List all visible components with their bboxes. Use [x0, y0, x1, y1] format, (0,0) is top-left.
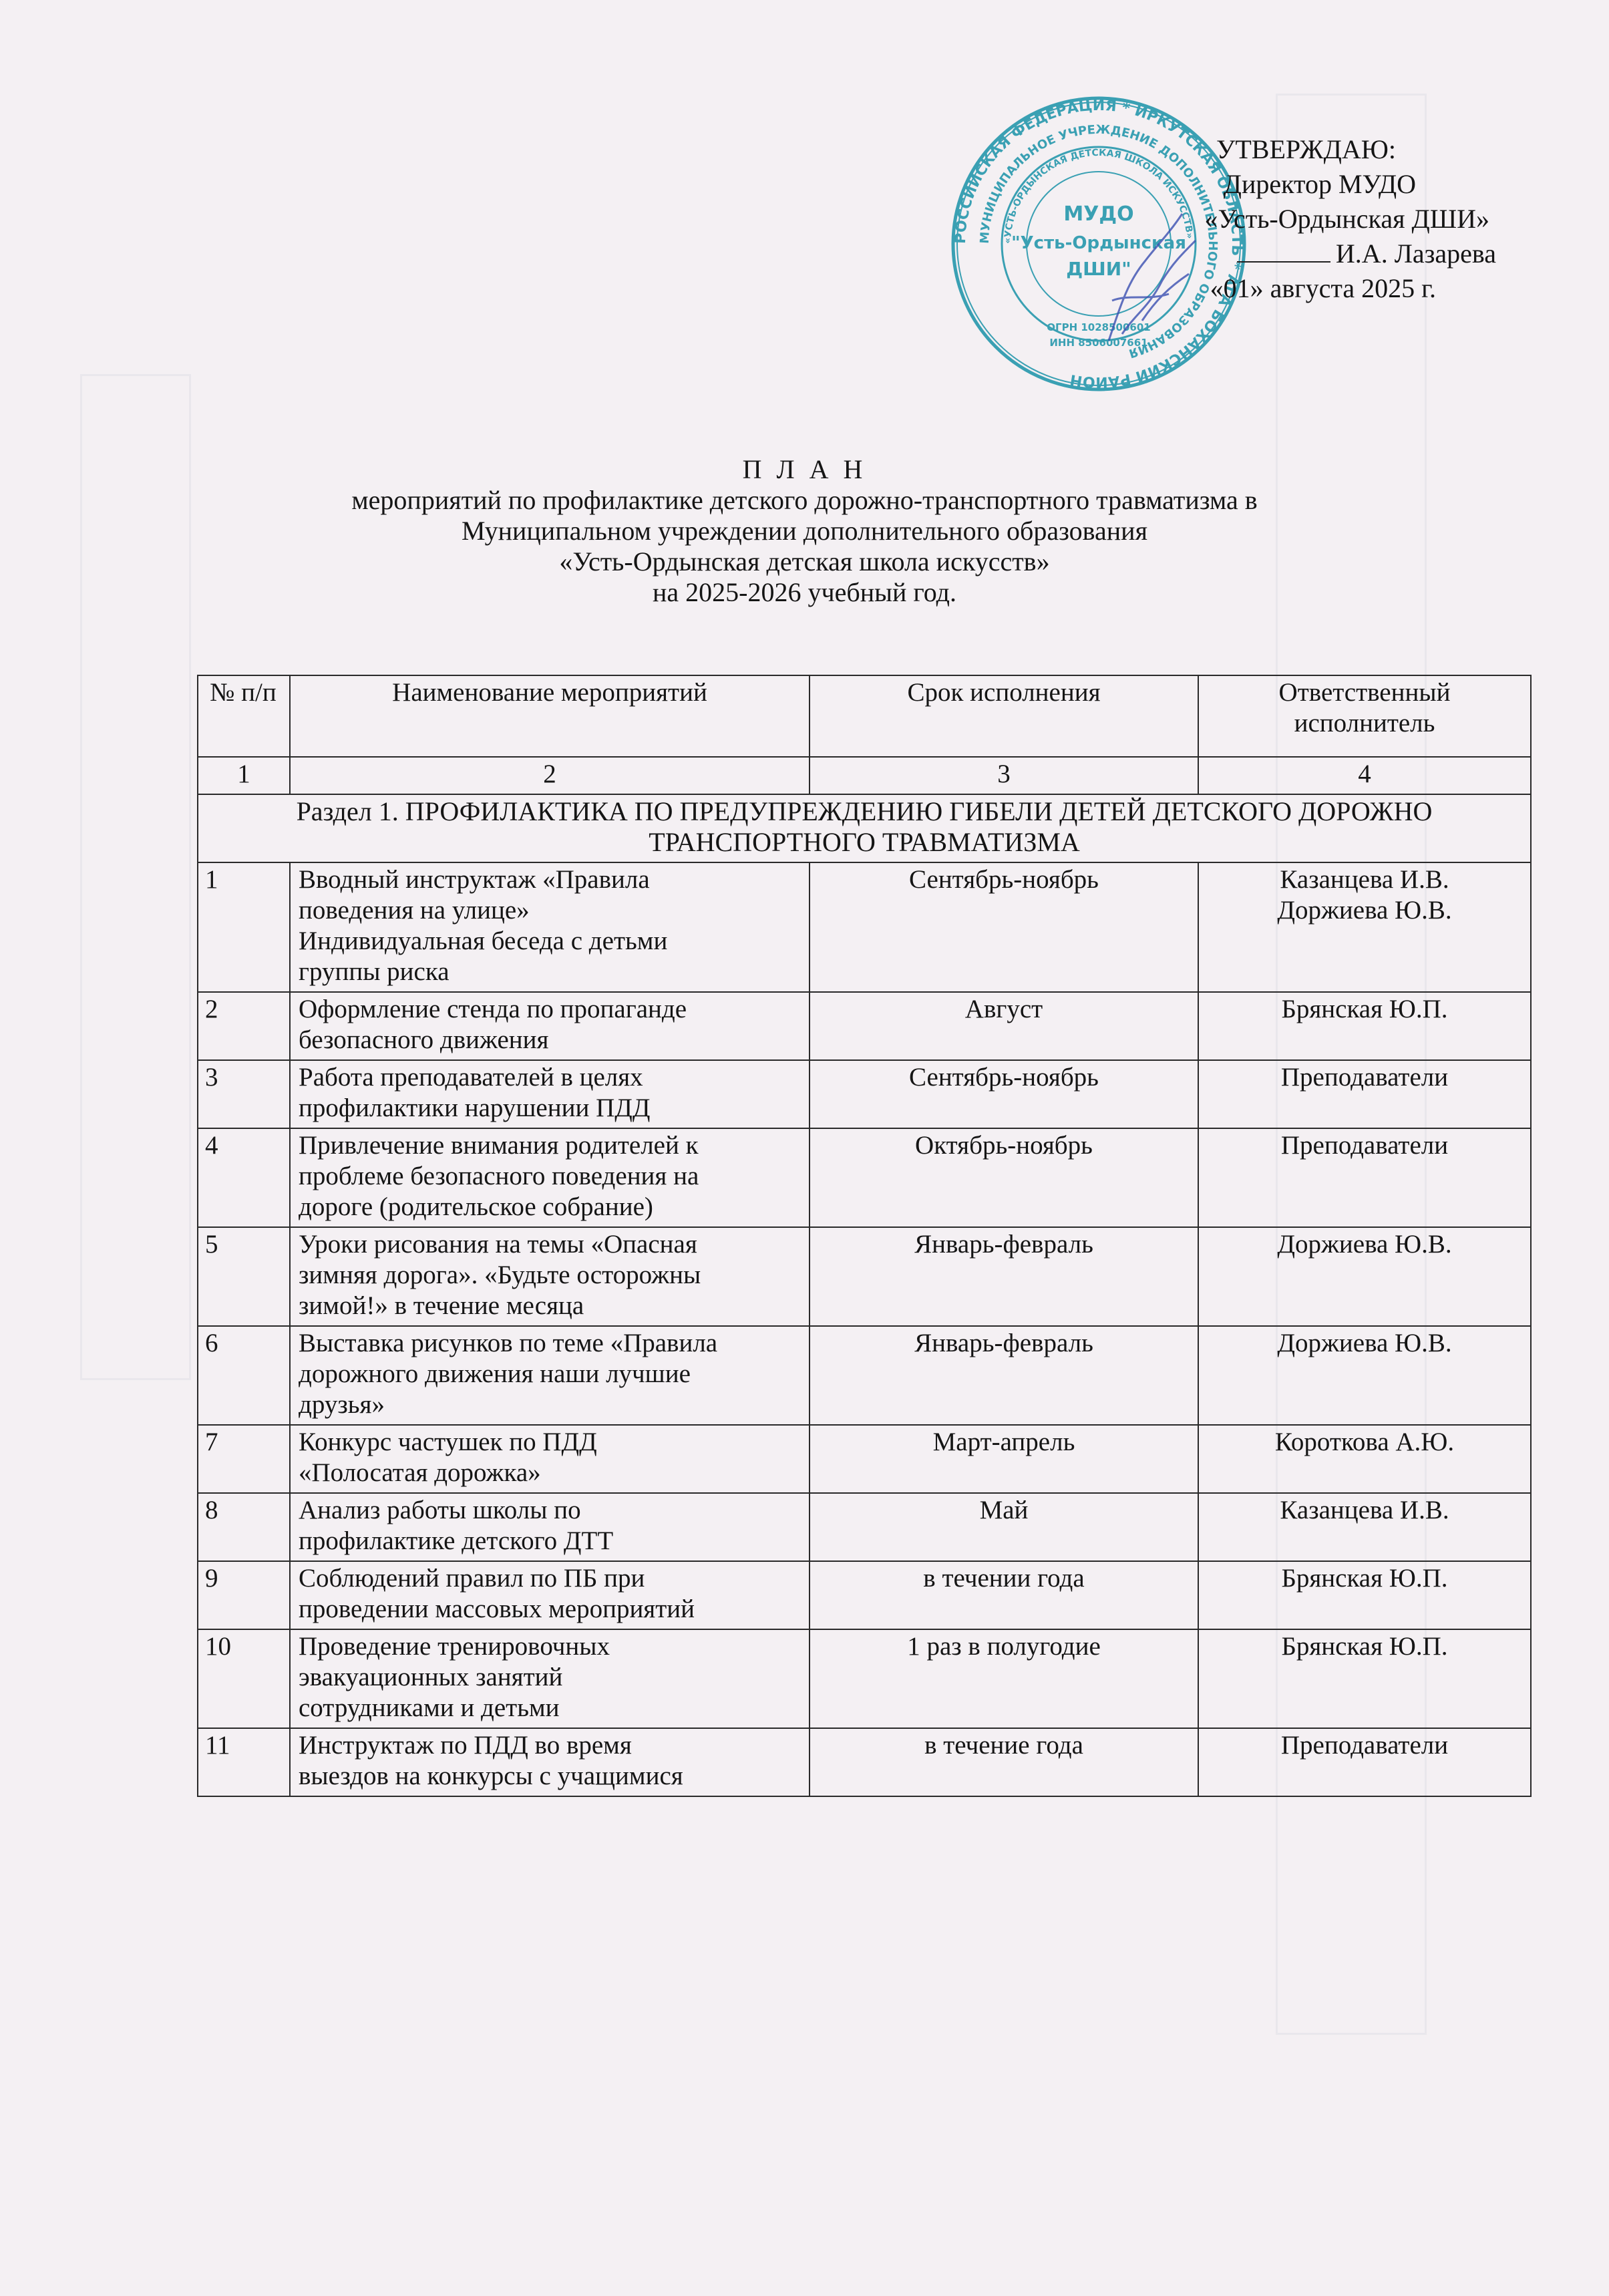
row-responsible-line: Доржиева Ю.В.	[1207, 1328, 1522, 1359]
row-activity-name-line: поведения на улице»	[299, 895, 801, 926]
row-responsible-line: Короткова А.Ю.	[1207, 1427, 1522, 1458]
row-activity-name-line: дорожного движения наши лучшие	[299, 1359, 801, 1389]
row-activity-name: Анализ работы школы попрофилактике детск…	[290, 1493, 810, 1561]
row-activity-name-line: Соблюдений правил по ПБ при	[299, 1563, 801, 1594]
row-term: Август	[810, 992, 1198, 1060]
title-line-2: Муниципальном учреждении дополнительного…	[0, 516, 1609, 546]
row-activity-name: Проведение тренировочныхэвакуационных за…	[290, 1629, 810, 1728]
table-row: 11Инструктаж по ПДД во времявыездов на к…	[198, 1728, 1531, 1796]
plan-table: № п/п Наименование мероприятий Срок испо…	[197, 675, 1532, 1797]
column-number: 1	[198, 757, 290, 794]
row-responsible: Короткова А.Ю.	[1198, 1425, 1531, 1493]
row-number: 3	[198, 1060, 290, 1128]
row-activity-name: Конкурс частушек по ПДД«Полосатая дорожк…	[290, 1425, 810, 1493]
row-activity-name-line: «Полосатая дорожка»	[299, 1458, 801, 1488]
row-responsible-line: Казанцева И.В.	[1207, 1495, 1522, 1526]
row-activity-name: Оформление стенда по пропагандебезопасно…	[290, 992, 810, 1060]
row-activity-name-line: зимой!» в течение месяца	[299, 1291, 801, 1321]
header-responsible: Ответственный исполнитель	[1198, 675, 1531, 757]
row-number: 5	[198, 1227, 290, 1326]
row-responsible-line: Преподаватели	[1207, 1130, 1522, 1161]
row-responsible: Брянская Ю.П.	[1198, 1629, 1531, 1728]
row-responsible: Казанцева И.В.	[1198, 1493, 1531, 1561]
row-activity-name: Вводный инструктаж «Правилаповедения на …	[290, 862, 810, 992]
row-responsible: Доржиева Ю.В.	[1198, 1227, 1531, 1326]
row-term: Сентябрь-ноябрь	[810, 1060, 1198, 1128]
row-activity-name-line: Привлечение внимания родителей к	[299, 1130, 801, 1161]
row-term: Сентябрь-ноябрь	[810, 862, 1198, 992]
row-responsible-line: Преподаватели	[1207, 1730, 1522, 1761]
row-term: Январь-февраль	[810, 1227, 1198, 1326]
row-activity-name-line: проблеме безопасного поведения на	[299, 1161, 801, 1192]
row-responsible: Преподаватели	[1198, 1728, 1531, 1796]
row-number: 11	[198, 1728, 290, 1796]
row-activity-name-line: Уроки рисования на темы «Опасная	[299, 1229, 801, 1260]
row-activity-name: Выставка рисунков по теме «Правиладорожн…	[290, 1326, 810, 1425]
row-activity-name-line: Анализ работы школы по	[299, 1495, 801, 1526]
row-responsible: Преподаватели	[1198, 1060, 1531, 1128]
row-responsible-line: Преподаватели	[1207, 1062, 1522, 1093]
row-responsible-line: Доржиева Ю.В.	[1207, 1229, 1522, 1260]
row-activity-name-line: Выставка рисунков по теме «Правила	[299, 1328, 801, 1359]
table-body: 1Вводный инструктаж «Правилаповедения на…	[198, 862, 1531, 1796]
title-line-4: на 2025-2026 учебный год.	[0, 577, 1609, 608]
row-term: Май	[810, 1493, 1198, 1561]
signature-line	[1237, 261, 1330, 263]
row-activity-name: Соблюдений правил по ПБ припроведении ма…	[290, 1561, 810, 1629]
row-activity-name-line: друзья»	[299, 1389, 801, 1420]
row-activity-name-line: Работа преподавателей в целях	[299, 1062, 801, 1093]
row-number: 1	[198, 862, 290, 992]
table-row: 5Уроки рисования на темы «Опаснаязимняя …	[198, 1227, 1531, 1326]
table-row: 7Конкурс частушек по ПДД«Полосатая дорож…	[198, 1425, 1531, 1493]
row-number: 4	[198, 1128, 290, 1227]
row-activity-name: Работа преподавателей в целяхпрофилактик…	[290, 1060, 810, 1128]
approval-position: Директор МУДО	[1069, 167, 1496, 202]
approval-signer-name: И.А. Лазарева	[1336, 238, 1496, 269]
row-activity-name-line: проведении массовых мероприятий	[299, 1594, 801, 1625]
row-activity-name-line: Конкурс частушек по ПДД	[299, 1427, 801, 1458]
section-row: Раздел 1. ПРОФИЛАКТИКА ПО ПРЕДУПРЕЖДЕНИЮ…	[198, 794, 1531, 862]
row-activity-name-line: безопасного движения	[299, 1025, 801, 1055]
table-row: 8Анализ работы школы попрофилактике детс…	[198, 1493, 1531, 1561]
row-term: Январь-февраль	[810, 1326, 1198, 1425]
row-term: 1 раз в полугодие	[810, 1629, 1198, 1728]
header-name: Наименование мероприятий	[290, 675, 810, 757]
row-activity-name-line: зимняя дорога». «Будьте осторожны	[299, 1260, 801, 1291]
row-number: 2	[198, 992, 290, 1060]
approval-heading: УТВЕРЖДАЮ:	[1069, 132, 1496, 167]
handwritten-signature	[1082, 200, 1216, 347]
row-term: Октябрь-ноябрь	[810, 1128, 1198, 1227]
table-row: 6Выставка рисунков по теме «Правиладорож…	[198, 1326, 1531, 1425]
row-activity-name-line: сотрудниками и детьми	[299, 1693, 801, 1724]
row-term: в течение года	[810, 1728, 1198, 1796]
document-title: П Л А Н мероприятий по профилактике детс…	[0, 454, 1609, 608]
row-responsible: Казанцева И.В.Доржиева Ю.В.	[1198, 862, 1531, 992]
row-activity-name: Уроки рисования на темы «Опаснаязимняя д…	[290, 1227, 810, 1326]
row-number: 8	[198, 1493, 290, 1561]
row-term: в течении года	[810, 1561, 1198, 1629]
row-activity-name-line: профилактике детского ДТТ	[299, 1526, 801, 1556]
table-row: 10Проведение тренировочныхэвакуационных …	[198, 1629, 1531, 1728]
row-responsible-line: Казанцева И.В.	[1207, 864, 1522, 895]
column-number: 2	[290, 757, 810, 794]
row-activity-name-line: Оформление стенда по пропаганде	[299, 994, 801, 1025]
column-number: 4	[1198, 757, 1531, 794]
table-row: 4Привлечение внимания родителей кпроблем…	[198, 1128, 1531, 1227]
row-activity-name-line: группы риска	[299, 957, 801, 987]
row-responsible: Брянская Ю.П.	[1198, 1561, 1531, 1629]
row-responsible: Преподаватели	[1198, 1128, 1531, 1227]
table-header-row: № п/п Наименование мероприятий Срок испо…	[198, 675, 1531, 757]
header-term: Срок исполнения	[810, 675, 1198, 757]
row-activity-name-line: эвакуационных занятий	[299, 1662, 801, 1693]
column-number-row: 1 2 3 4	[198, 757, 1531, 794]
row-activity-name-line: Проведение тренировочных	[299, 1631, 801, 1662]
row-responsible-line: Доржиева Ю.В.	[1207, 895, 1522, 926]
title-heading: П Л А Н	[0, 454, 1609, 485]
row-activity-name-line: Инструктаж по ПДД во время	[299, 1730, 801, 1761]
row-number: 9	[198, 1561, 290, 1629]
row-number: 7	[198, 1425, 290, 1493]
row-number: 10	[198, 1629, 290, 1728]
row-activity-name-line: выездов на конкурсы с учащимися	[299, 1761, 801, 1792]
row-activity-name: Привлечение внимания родителей кпроблеме…	[290, 1128, 810, 1227]
row-responsible: Брянская Ю.П.	[1198, 992, 1531, 1060]
title-line-3: «Усть-Ордынская детская школа искусств»	[0, 546, 1609, 577]
row-activity-name: Инструктаж по ПДД во времявыездов на кон…	[290, 1728, 810, 1796]
row-number: 6	[198, 1326, 290, 1425]
table-row: 9Соблюдений правил по ПБ припроведении м…	[198, 1561, 1531, 1629]
row-responsible-line: Брянская Ю.П.	[1207, 994, 1522, 1025]
header-num: № п/п	[198, 675, 290, 757]
row-responsible: Доржиева Ю.В.	[1198, 1326, 1531, 1425]
row-responsible-line: Брянская Ю.П.	[1207, 1631, 1522, 1662]
table-row: 2Оформление стенда по пропагандебезопасн…	[198, 992, 1531, 1060]
row-activity-name-line: профилактики нарушении ПДД	[299, 1093, 801, 1124]
column-number: 3	[810, 757, 1198, 794]
table-row: 3Работа преподавателей в целяхпрофилакти…	[198, 1060, 1531, 1128]
row-responsible-line: Брянская Ю.П.	[1207, 1563, 1522, 1594]
row-activity-name-line: дороге (родительское собрание)	[299, 1192, 801, 1222]
section-title: Раздел 1. ПРОФИЛАКТИКА ПО ПРЕДУПРЕЖДЕНИЮ…	[198, 794, 1531, 862]
title-line-1: мероприятий по профилактике детского дор…	[0, 485, 1609, 516]
row-term: Март-апрель	[810, 1425, 1198, 1493]
row-activity-name-line: Вводный инструктаж «Правила	[299, 864, 801, 895]
row-activity-name-line: Индивидуальная беседа с детьми	[299, 926, 801, 957]
table-row: 1Вводный инструктаж «Правилаповедения на…	[198, 862, 1531, 992]
